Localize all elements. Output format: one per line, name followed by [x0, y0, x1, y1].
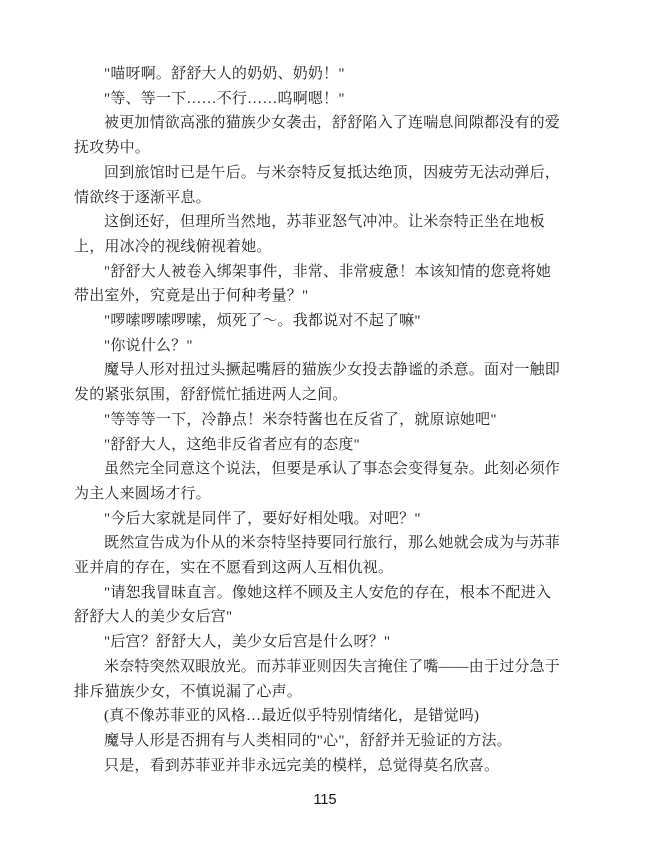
- paragraph: "今后大家就是同伴了，要好好相处哦。对吧？": [74, 507, 566, 532]
- paragraph: 魔导人形对扭过头撅起嘴唇的猫族少女投去静谧的杀意。面对一触即发的紧张氛围，舒舒慌…: [74, 358, 566, 407]
- page-number: 115: [0, 792, 650, 808]
- paragraph: 既然宣告成为仆从的米奈特坚持要同行旅行，那么她就会成为与苏菲亚并肩的存在，实在不…: [74, 531, 566, 580]
- paragraph: "喵呀啊。舒舒大人的奶奶、奶奶！": [74, 62, 566, 87]
- paragraph: "舒舒大人，这绝非反省者应有的态度": [74, 433, 566, 458]
- paragraph: "请恕我冒昧直言。像她这样不顾及主人安危的存在，根本不配进入舒舒大人的美少女后宫…: [74, 581, 566, 630]
- paragraph: "舒舒大人被卷入绑架事件，非常、非常疲惫！本该知情的您竟将她带出室外，究竟是出于…: [74, 260, 566, 309]
- paragraph: "等等等一下，冷静点！米奈特酱也在反省了，就原谅她吧": [74, 408, 566, 433]
- paragraph: 虽然完全同意这个说法，但要是承认了事态会变得复杂。此刻必须作为主人来圆场才行。: [74, 457, 566, 506]
- paragraph: "你说什么？": [74, 334, 566, 359]
- paragraph: 被更加情欲高涨的猫族少女袭击，舒舒陷入了连喘息间隙都没有的爱抚攻势中。: [74, 111, 566, 160]
- paragraph: (真不像苏菲亚的风格…最近似乎特别情绪化，是错觉吗): [74, 704, 566, 729]
- paragraph: "等、等一下……不行……呜啊嗯！": [74, 87, 566, 112]
- paragraph: 这倒还好，但理所当然地，苏菲亚怒气冲冲。让米奈特正坐在地板上，用冰冷的视线俯视着…: [74, 210, 566, 259]
- paragraph: 米奈特突然双眼放光。而苏菲亚则因失言掩住了嘴——由于过分急于排斥猫族少女，不慎说…: [74, 655, 566, 704]
- body-text: "喵呀啊。舒舒大人的奶奶、奶奶！" "等、等一下……不行……呜啊嗯！" 被更加情…: [74, 62, 566, 778]
- paragraph: "后宫？舒舒大人，美少女后宫是什么呀？": [74, 630, 566, 655]
- book-page: "喵呀啊。舒舒大人的奶奶、奶奶！" "等、等一下……不行……呜啊嗯！" 被更加情…: [0, 0, 650, 850]
- paragraph: 回到旅馆时已是午后。与米奈特反复抵达绝顶，因疲劳无法动弹后，情欲终于逐渐平息。: [74, 161, 566, 210]
- paragraph: 只是，看到苏菲亚并非永远完美的模样，总觉得莫名欣喜。: [74, 754, 566, 779]
- paragraph: 魔导人形是否拥有与人类相同的"心"，舒舒并无验证的方法。: [74, 729, 566, 754]
- paragraph: "啰嗦啰嗦啰嗦，烦死了～。我都说对不起了嘛": [74, 309, 566, 334]
